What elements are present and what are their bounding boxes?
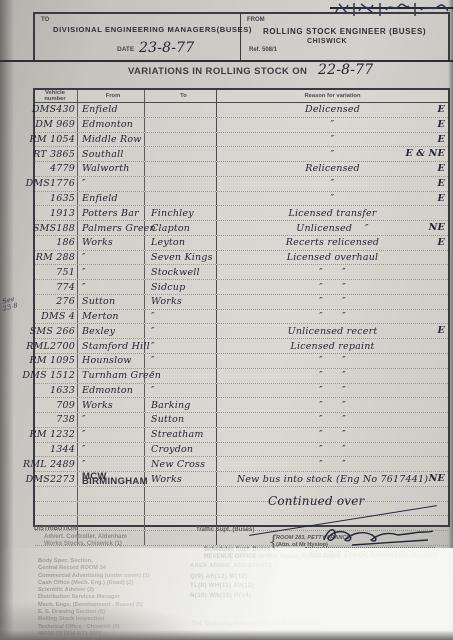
vehicle-number-cell: 1635 [35, 192, 78, 206]
table-body: DMS430EnfieldDelicensedEDM 969Edmonton″E… [35, 103, 448, 546]
from-cell: ″ [78, 251, 145, 265]
from-cell: Palmers Green [78, 221, 145, 235]
signature-underline [305, 547, 435, 548]
to-cell [145, 103, 217, 117]
scan-edge-shadow-bottom [0, 630, 453, 640]
reason-cell: ″ ″ [217, 428, 448, 442]
exam-marker: E [438, 178, 445, 189]
reason-cell: New bus into stock (Eng No 7617441)NE [217, 472, 448, 486]
signatory-title: ROLLING STOCK ENGINEER (BUSES [309, 552, 438, 559]
reason-cell: RelicensedE [217, 162, 448, 176]
reason-cell: ″ ″ [217, 369, 448, 383]
to-cell [145, 531, 217, 545]
to-cell [145, 118, 217, 132]
from-cell: ″ [78, 428, 145, 442]
to-cell: Finchley [145, 206, 217, 220]
table-row: 709WorksBarking″ ″ [35, 398, 448, 413]
from-cell [78, 487, 145, 501]
margin-note: See23·8 [1, 295, 19, 312]
from-cell: ″ [78, 457, 145, 471]
table-row: RML 2489″New Cross″ ″ [35, 457, 448, 472]
reason-cell: ″ ″ [217, 398, 448, 412]
exam-marker: NE [429, 222, 445, 233]
table-row: 1913Potters BarFinchleyLicensed transfer [35, 206, 448, 221]
table-row: DM 969Edmonton″E [35, 118, 448, 133]
vehicle-number-cell: RM 1232 [35, 428, 78, 442]
reason-cell: DelicensedE [217, 103, 448, 117]
reason-cell: Licensed overhaul [217, 251, 448, 265]
from-cell: ″ [78, 413, 145, 427]
reason-cell: Unlicensed recertE [217, 324, 448, 338]
to-cell: ″ [145, 354, 217, 368]
table-row [35, 487, 448, 502]
list-line: Distribution Services Manager [38, 594, 150, 601]
admin-title: AREA ADMIN. ASSISTANTS :- [190, 562, 279, 572]
reason-cell: ″E [217, 133, 448, 147]
from-cell: Works [78, 236, 145, 250]
exam-marker: NE [429, 473, 445, 484]
from-cell: ″ [78, 443, 145, 457]
to-cell: ″ [145, 324, 217, 338]
table-row: DMS 1512Turnham Green″″ ″ [35, 369, 448, 384]
schedules-supt-line: Schedules Supt. Buses [204, 547, 270, 553]
vehicle-number-cell: RT 3865 [35, 147, 78, 161]
exam-marker: E [438, 134, 445, 145]
date-label: DATE [117, 46, 134, 53]
vehicle-number-cell: SMS188 [35, 221, 78, 235]
to-cell: ″ [145, 339, 217, 353]
vehicle-number-cell: 1344 [35, 443, 78, 457]
exam-marker: E & NE [405, 148, 445, 159]
list-line: E. S. Drawing Section (5) [38, 609, 150, 616]
to-cell [145, 502, 217, 516]
traffic-supt-line: Traffic Supt. (Buses) [196, 527, 254, 533]
from-cell: Turnham Green [78, 369, 145, 383]
to-cell: Stockwell [145, 265, 217, 279]
variations-table: Vehicle number From To Reason for variat… [33, 88, 450, 527]
distribution-faded-list: Body Spec. Section,Central Record ROOM 3… [38, 558, 150, 638]
header-divider [240, 14, 241, 60]
reason-cell: ″ ″ [217, 280, 448, 294]
from-cell: ″ [78, 265, 145, 279]
exam-marker: E [438, 119, 445, 130]
table-row: 186WorksLeytonRecerts relicensedE [35, 236, 448, 251]
vehicle-number-cell: 738 [35, 413, 78, 427]
to-cell [145, 192, 217, 206]
list-line: Mech. Engs. (Development - Buses) (5) [38, 602, 150, 609]
reason-cell: ″ ″ [217, 310, 448, 324]
table-row: 738″Sutton″ ″ [35, 413, 448, 428]
ref-number: Ref. 508/1 [249, 47, 277, 53]
from-cell: Stamford Hill [78, 339, 145, 353]
scan-edge-shadow-left [0, 0, 14, 640]
table-row: SMS 266Bexley″Unlicensed recertE [35, 324, 448, 339]
to-cell: Croydon [145, 443, 217, 457]
header-box: TO DIVISIONAL ENGINEERING MANAGERS(BUSES… [33, 12, 450, 62]
list-line: Q(9) AR(12) W(12) [190, 572, 279, 582]
reason-cell: ″E [217, 177, 448, 191]
to-cell: Barking [145, 398, 217, 412]
continued-over-note: Continued over [268, 494, 365, 508]
vehicle-number-cell: 1913 [35, 206, 78, 220]
reason-cell: ″E & NE [217, 147, 448, 161]
date-value: 23-8-77 [139, 40, 194, 56]
to-cell [145, 147, 217, 161]
reason-cell: ″ ″ [217, 295, 448, 309]
from-cell: Works [78, 398, 145, 412]
distribution-line: Advert. Controller, Aldenham [44, 534, 127, 540]
reason-cell: ″E [217, 192, 448, 206]
table-row: RML2700Stamford Hill″Licensed repaint [35, 339, 448, 354]
from-cell: Walworth [78, 162, 145, 176]
list-line: Commercial Advertising (under cover) (1) [38, 573, 150, 580]
reason-cell: Unlicensed ″NE [217, 221, 448, 235]
from-cell: Sutton [78, 295, 145, 309]
to-cell: Sutton [145, 413, 217, 427]
exam-marker: E [438, 237, 445, 248]
operating-manager-line: Dvl. Operating Manager (Band) Marcia Hou… [192, 621, 321, 627]
table-row: DMS 4Merton″″ ″ [35, 310, 448, 325]
table-row: 276SuttonWorks″ ″ [35, 295, 448, 310]
reason-cell: ″ ″ [217, 384, 448, 398]
to-cell: Sidcup [145, 280, 217, 294]
table-row: 1633Edmonton″″ ″ [35, 384, 448, 399]
to-cell: Works [145, 472, 217, 486]
list-line: Cash Office (Mech. Eng.) (Road) (2) [38, 580, 150, 587]
vehicle-number-cell: RML2700 [35, 339, 78, 353]
table-row: RM 288″Seven KingsLicensed overhaul [35, 251, 448, 266]
vehicle-number-cell: 4779 [35, 162, 78, 176]
table-row: RM 1054Middle Row″E [35, 133, 448, 148]
from-cell: Enfield [78, 192, 145, 206]
page-title: VARIATIONS IN ROLLING STOCK ON [128, 66, 307, 77]
exam-marker: E [438, 325, 445, 336]
vehicle-number-cell: 709 [35, 398, 78, 412]
to-label: TO [41, 17, 49, 23]
vehicle-number-cell: DM 969 [35, 118, 78, 132]
to-cell [145, 162, 217, 176]
exam-marker: E [438, 104, 445, 115]
reason-cell: ″ ″ [217, 265, 448, 279]
to-cell: Seven Kings [145, 251, 217, 265]
reason-cell: ″E [217, 118, 448, 132]
to-cell: ″ [145, 310, 217, 324]
from-cell: Middle Row [78, 133, 145, 147]
vehicle-number-cell: 276 [35, 295, 78, 309]
from-cell [78, 516, 145, 530]
from-cell: Southall [78, 147, 145, 161]
from-cell [78, 502, 145, 516]
distribution-title: DISTRIBUTION [34, 526, 77, 532]
reason-cell: Licensed repaint [217, 339, 448, 353]
col-header-vehicle: Vehicle number [35, 90, 78, 102]
from-cell: Merton [78, 310, 145, 324]
table-row: DMS1776″″E [35, 177, 448, 192]
list-line: Scientific Adviser (2) [38, 587, 150, 594]
vehicle-number-cell: 751 [35, 265, 78, 279]
list-line: Body Spec. Section, [38, 558, 150, 565]
vehicle-number-cell: DMS 1512 [35, 369, 78, 383]
table-row: 1635Enfield″E [35, 192, 448, 207]
reason-cell: ″ ″ [217, 354, 448, 368]
to-cell: Leyton [145, 236, 217, 250]
col-header-reason: Reason for variation [217, 90, 448, 102]
vehicle-number-cell: DMS2273 [35, 472, 78, 486]
from-cell: Bexley [78, 324, 145, 338]
table-row: RM 1095Hounslow″″ ″ [35, 354, 448, 369]
to-cell: ″ [145, 384, 217, 398]
vehicle-number-cell: SMS 266 [35, 324, 78, 338]
reason-cell: ″ ″ [217, 413, 448, 427]
list-line: Rolling Stock Inspection [38, 616, 150, 623]
exam-marker: E [438, 163, 445, 174]
to-cell: Works [145, 295, 217, 309]
to-value: DIVISIONAL ENGINEERING MANAGERS(BUSES) [53, 25, 252, 34]
title-date: 22-8-77 [318, 62, 373, 78]
reason-cell: Recerts relicensedE [217, 236, 448, 250]
vehicle-number-cell: 186 [35, 236, 78, 250]
reason-cell: ″ ″ [217, 443, 448, 457]
table-row [35, 502, 448, 517]
list-line: N(10) WN(15) R(14) [190, 591, 279, 601]
from-location: CHISWICK [307, 38, 347, 45]
from-cell: Potters Bar [78, 206, 145, 220]
to-cell: ″ [145, 369, 217, 383]
scanned-form-page: TO DIVISIONAL ENGINEERING MANAGERS(BUSES… [0, 0, 453, 640]
vehicle-number-cell: 1633 [35, 384, 78, 398]
from-value: ROLLING STOCK ENGINEER (BUSES) [263, 27, 426, 36]
admin-lines: Q(9) AR(12) W(12)TL(8) WH(11) AV(12)N(10… [190, 572, 279, 601]
vehicle-number-cell: RM 1054 [35, 133, 78, 147]
to-cell: New Cross [145, 457, 217, 471]
vehicle-number-cell: DMS1776 [35, 177, 78, 191]
table-row: RT 3865Southall″E & NE [35, 147, 448, 162]
vehicle-number-cell: RML 2489 [35, 457, 78, 471]
from-cell: ″ [78, 177, 145, 191]
reason-cell: ″ ″ [217, 457, 448, 471]
from-cell: Edmonton [78, 118, 145, 132]
vehicle-number-cell: DMS430 [35, 103, 78, 117]
table-row: 4779WalworthRelicensedE [35, 162, 448, 177]
table-row: 774″Sidcup″ ″ [35, 280, 448, 295]
vehicle-number-cell: RM 288 [35, 251, 78, 265]
vehicle-number-cell [35, 487, 78, 501]
vehicle-number-cell: RM 1095 [35, 354, 78, 368]
from-cell: Edmonton [78, 384, 145, 398]
horizontal-rule [0, 60, 453, 62]
vehicle-number-cell [35, 502, 78, 516]
exam-marker: E [438, 193, 445, 204]
table-row: 751″Stockwell″ ″ [35, 265, 448, 280]
admin-assistants-block: AREA ADMIN. ASSISTANTS :- Q(9) AR(12) W(… [190, 562, 279, 600]
list-line: TL(8) WH(11) AV(12) [190, 581, 279, 591]
from-label: FROM [247, 17, 265, 23]
distribution-line: Works Stocks, Chiswick (1) [44, 541, 122, 547]
col-header-from: From [78, 90, 145, 102]
col-header-to: To [145, 90, 217, 102]
from-cell: Enfield [78, 103, 145, 117]
from-cell: ″ [78, 280, 145, 294]
reason-cell: Licensed transfer [217, 206, 448, 220]
table-row: RM 1232″Streatham″ ″ [35, 428, 448, 443]
from-cell: Hounslow [78, 354, 145, 368]
table-row: DMS2273MCW BIRMINGHAMWorksNew bus into s… [35, 472, 448, 487]
table-row: 1344″Croydon″ ″ [35, 443, 448, 458]
vehicle-number-cell: 774 [35, 280, 78, 294]
to-cell [145, 133, 217, 147]
vehicle-number-cell: DMS 4 [35, 310, 78, 324]
from-cell: MCW BIRMINGHAM [78, 472, 145, 486]
table-row: SMS188Palmers GreenClaptonUnlicensed ″NE [35, 221, 448, 236]
to-cell: Clapton [145, 221, 217, 235]
table-row: DMS430EnfieldDelicensedE [35, 103, 448, 118]
to-cell [145, 487, 217, 501]
to-cell: Streatham [145, 428, 217, 442]
list-line: Central Record ROOM 34 [38, 565, 150, 572]
to-cell [145, 177, 217, 191]
table-header-row: Vehicle number From To Reason for variat… [35, 90, 448, 103]
